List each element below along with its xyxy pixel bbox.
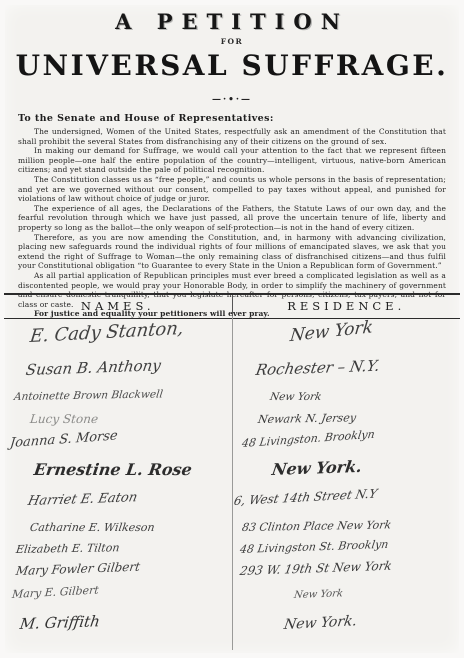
salutation: To the Senate and House of Representativ… — [18, 113, 446, 124]
petition-paragraph-1: The undersigned, Women of the United Sta… — [18, 127, 446, 146]
signatory-residence: New York. — [232, 614, 460, 633]
petition-paragraph-2: In making our demand for Suffrage, we wo… — [18, 146, 446, 175]
signature-row: Joanna S. Morse 48 Livingston. Brooklyn — [4, 429, 460, 454]
signature-row: Catharine E. Wilkeson 83 Clinton Place N… — [4, 514, 460, 537]
decorative-divider: —·•·— — [0, 95, 464, 105]
signatory-name: E. Cady Stanton, — [4, 326, 232, 347]
petition-paragraph-3: The Constitution classes us as “free peo… — [18, 175, 446, 204]
signatory-residence: 48 Livingston St. Brooklyn — [232, 538, 460, 557]
signatory-residence: Rochester – N.Y. — [232, 360, 460, 379]
petition-body: To the Senate and House of Representativ… — [0, 113, 464, 319]
petition-main-title: UNIVERSAL SUFFRAGE. — [0, 49, 464, 82]
signature-row: Elizabeth E. Tilton 48 Livingston St. Br… — [4, 537, 460, 558]
signatory-name: Mary E. Gilbert — [4, 583, 232, 602]
signatory-residence: New York — [232, 583, 460, 602]
signatures-table: NAMES. RESIDENCE. E. Cady Stanton, New Y… — [4, 293, 460, 658]
signatory-name: M. Griffith — [4, 614, 232, 633]
signatory-name: Catharine E. Wilkeson — [4, 516, 232, 535]
signature-row: Antoinette Brown Blackwell New York — [4, 384, 460, 405]
signature-row: Susan B. Anthony Rochester – N.Y. — [4, 354, 460, 384]
signatory-residence: Newark N. Jersey — [232, 408, 460, 427]
signatory-name: Lucy Stone — [4, 408, 232, 427]
signatory-name: Harriet E. Eaton — [4, 490, 232, 509]
signatory-residence: 6, West 14th Street N.Y — [232, 490, 460, 509]
signature-row: Harriet E. Eaton 6, West 14th Street N.Y — [4, 484, 460, 514]
names-header: NAMES. — [4, 295, 233, 318]
signature-row: Mary E. Gilbert New York — [4, 580, 460, 605]
signature-row: Mary Fowler Gilbert 293 W. 19th St New Y… — [4, 558, 460, 580]
signature-rows: E. Cady Stanton, New York Susan B. Antho… — [4, 318, 460, 658]
petition-paragraph-5: Therefore, as you are now amending the C… — [18, 233, 446, 271]
signature-row: Ernestine L. Rose New York. — [4, 454, 460, 484]
residence-header: RESIDENCE. — [233, 295, 461, 318]
signatory-name: Mary Fowler Gilbert — [4, 560, 232, 579]
signatory-residence: 83 Clinton Place New York — [232, 516, 460, 535]
petition-document: A PETITION FOR UNIVERSAL SUFFRAGE. —·•·—… — [0, 0, 464, 658]
signature-row: E. Cady Stanton, New York — [4, 318, 460, 354]
signatory-name: Elizabeth E. Tilton — [4, 538, 232, 557]
signatory-name: Ernestine L. Rose — [4, 460, 232, 479]
signatory-name: Antoinette Brown Blackwell — [4, 385, 232, 404]
signature-row: M. Griffith New York. — [4, 605, 460, 641]
petition-subtitle-for: FOR — [0, 37, 464, 46]
title-block: A PETITION FOR UNIVERSAL SUFFRAGE. —·•·— — [0, 0, 464, 105]
petition-title: A PETITION — [0, 9, 464, 34]
signatory-residence: 293 W. 19th St New York — [232, 560, 460, 579]
signature-row: Lucy Stone Newark N. Jersey — [4, 405, 460, 429]
signatory-residence: New York. — [232, 460, 460, 479]
petition-paragraph-4: The experience of all ages, the Declarat… — [18, 204, 446, 233]
signatory-residence: 48 Livingston. Brooklyn — [232, 432, 460, 451]
signatory-name: Joanna S. Morse — [4, 432, 232, 451]
signatory-residence: New York — [232, 385, 460, 404]
signatory-residence: New York — [232, 326, 460, 346]
signatory-name: Susan B. Anthony — [4, 360, 232, 379]
